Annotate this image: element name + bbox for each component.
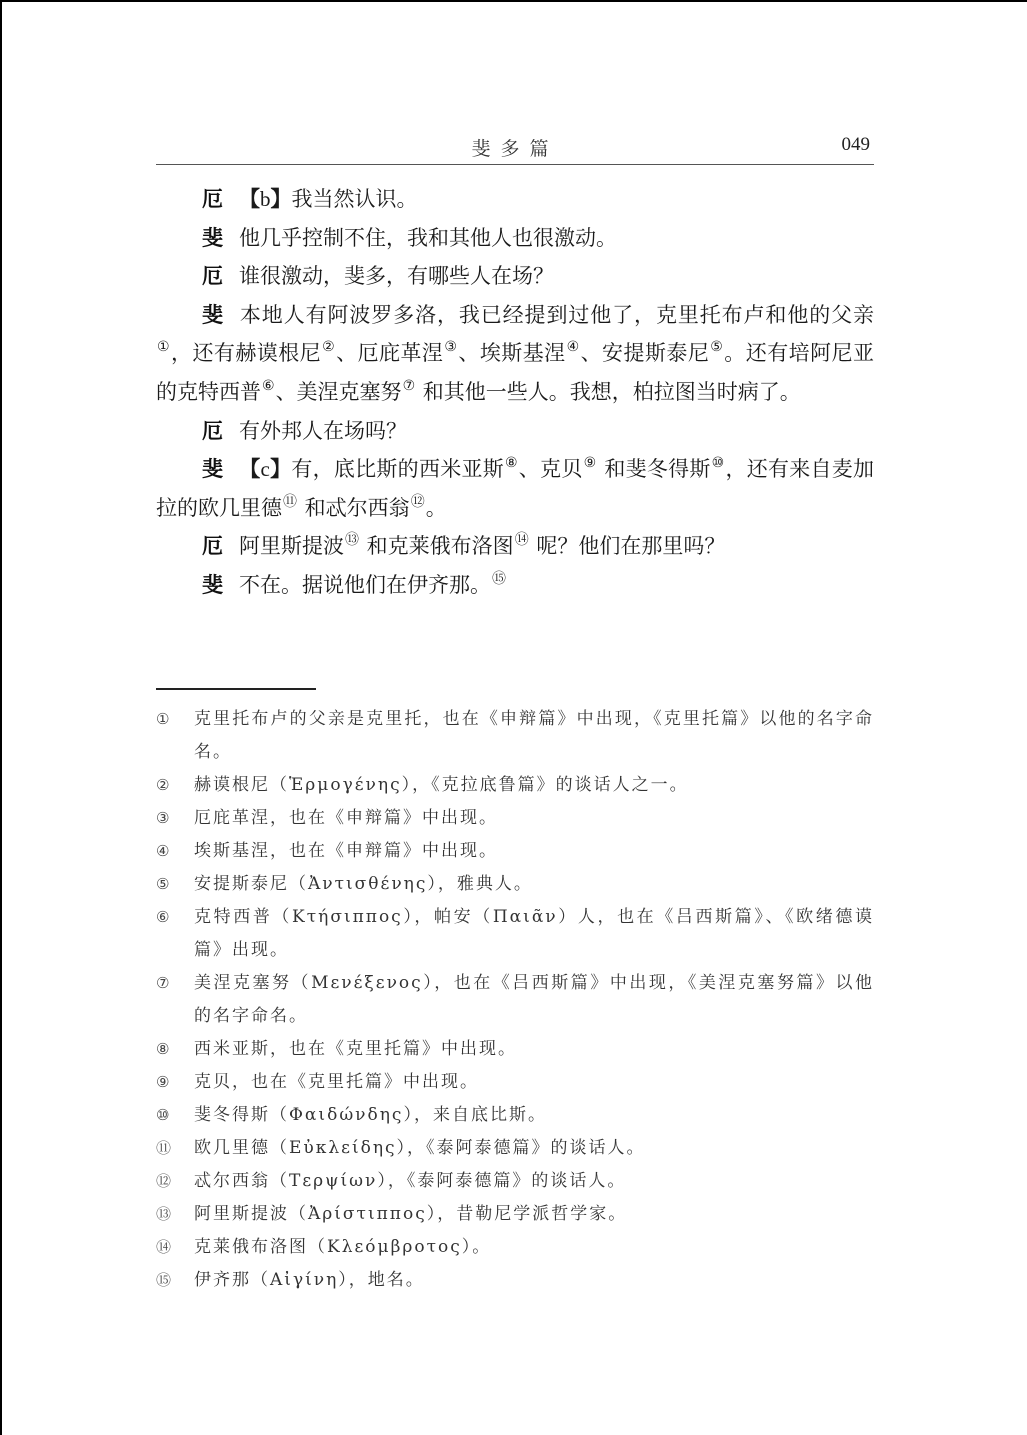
footnote-ref-10[interactable]: ⑩ <box>712 455 725 471</box>
footnote-marker: ① <box>156 703 194 736</box>
line-text: 他几乎控制不住，我和其他人也很激动。 <box>239 226 617 250</box>
line-text: 、美涅克塞努 <box>276 380 402 404</box>
line-text: 有，底比斯的西米亚斯 <box>291 457 504 481</box>
footnote-ref-1[interactable]: ① <box>157 339 170 355</box>
footnote-marker: ⑧ <box>156 1033 194 1066</box>
dialogue-line: 厄谁很激动，斐多，有哪些人在场？ <box>156 257 874 296</box>
line-text: 、安提斯泰尼 <box>581 341 710 365</box>
dialogue-line: 厄有外邦人在场吗？ <box>156 412 874 451</box>
footnote-ref-7[interactable]: ⑦ <box>403 378 416 394</box>
footnote-text: 埃斯基涅，也在《申辩篇》中出现。 <box>194 835 874 868</box>
running-header: 斐多篇 049 <box>156 130 874 165</box>
footnote-item: ③厄庇革涅，也在《申辩篇》中出现。 <box>156 802 874 835</box>
line-text: 和忒尔西翁 <box>298 496 410 520</box>
footnote-item: ⑥克特西普（Κτήσιππος），帕安（Παιᾶν）人，也在《吕西斯篇》、《欧绪… <box>156 901 874 967</box>
line-text: 呢？他们在那里吗？ <box>530 534 726 558</box>
footnote-marker: ④ <box>156 835 194 868</box>
footnote-marker: ⑫ <box>156 1165 194 1198</box>
dialogue-line: 厄阿里斯提波⑬ 和克莱俄布洛图⑭ 呢？他们在那里吗？ <box>156 527 874 566</box>
footnote-marker: ⑭ <box>156 1231 194 1264</box>
footnote-separator <box>156 688 316 690</box>
footnote-ref-11[interactable]: ⑪ <box>283 494 297 510</box>
footnote-ref-13[interactable]: ⑬ <box>345 532 359 548</box>
footnote-marker: ③ <box>156 802 194 835</box>
stephanus-letter: c <box>261 457 270 481</box>
footnote-ref-15[interactable]: ⑮ <box>492 571 506 587</box>
footnote-ref-6[interactable]: ⑥ <box>262 378 275 394</box>
footnote-item: ②赫谟根尼（Ἑρμογένης），《克拉底鲁篇》的谈话人之一。 <box>156 769 874 802</box>
footnote-marker: ⑦ <box>156 967 194 1000</box>
dialogue-line: 斐【c】有，底比斯的西米亚斯⑧、克贝⑨ 和斐冬得斯⑩，还有来自麦加拉的欧几里德⑪… <box>156 450 874 527</box>
footnote-text: 伊齐那（Αἰγίνη），地名。 <box>194 1264 874 1297</box>
speaker-label: 厄 <box>202 187 223 211</box>
footnote-marker: ⑨ <box>156 1066 194 1099</box>
footnote-ref-5[interactable]: ⑤ <box>710 339 723 355</box>
footnote-marker: ② <box>156 769 194 802</box>
line-text: 我当然认识。 <box>292 187 418 211</box>
footnote-item: ⑬阿里斯提波（Ἀρίστιππος），昔勒尼学派哲学家。 <box>156 1198 874 1231</box>
line-text: 阿里斯提波 <box>239 534 344 558</box>
page-number: 049 <box>842 134 871 156</box>
footnote-text: 赫谟根尼（Ἑρμογένης），《克拉底鲁篇》的谈话人之一。 <box>194 769 874 802</box>
footnote-text: 美涅克塞努（Μενέξενος），也在《吕西斯篇》中出现，《美涅克塞努篇》以他的… <box>194 967 874 1033</box>
footnotes-list: ①克里托布卢的父亲是克里托，也在《申辩篇》中出现，《克里托篇》以他的名字命名。 … <box>156 703 874 1297</box>
footnote-ref-2[interactable]: ② <box>322 339 335 355</box>
line-text: ，还有赫谟根尼 <box>171 341 321 365</box>
dialogue-line: 斐不在。据说他们在伊齐那。⑮ <box>156 566 874 605</box>
speaker-label: 斐 <box>202 573 223 597</box>
footnote-marker: ⑤ <box>156 868 194 901</box>
footnote-text: 安提斯泰尼（Ἀντισθένης），雅典人。 <box>194 868 874 901</box>
line-text: 不在。据说他们在伊齐那。 <box>239 573 491 597</box>
footnote-text: 阿里斯提波（Ἀρίστιππος），昔勒尼学派哲学家。 <box>194 1198 874 1231</box>
line-text: 有外邦人在场吗？ <box>239 419 407 443</box>
footnote-item: ⑪欧几里德（Εὐκλείδης），《泰阿泰德篇》的谈话人。 <box>156 1132 874 1165</box>
line-text: 、埃斯基涅 <box>458 341 565 365</box>
line-text: 和斐冬得斯 <box>597 457 710 481</box>
footnote-item: ⑧西米亚斯，也在《克里托篇》中出现。 <box>156 1033 874 1066</box>
speaker-label: 厄 <box>202 419 223 443</box>
stephanus-letter: b <box>260 187 271 211</box>
footnote-text: 斐冬得斯（Φαιδώνδης），来自底比斯。 <box>194 1099 874 1132</box>
footnote-ref-4[interactable]: ④ <box>567 339 580 355</box>
line-text: 本地人有阿波罗多洛，我已经提到过他了，克里托布卢和他的父亲 <box>240 303 874 327</box>
dialogue-body: 厄【b】我当然认识。 斐他几乎控制不住，我和其他人也很激动。 厄谁很激动，斐多，… <box>156 180 874 605</box>
line-text: 和克莱俄布洛图 <box>360 534 514 558</box>
speaker-label: 斐 <box>202 303 224 327</box>
footnote-ref-14[interactable]: ⑭ <box>515 532 529 548</box>
speaker-label: 厄 <box>202 264 223 288</box>
footnote-text: 克莱俄布洛图（Κλεόμβροτος）。 <box>194 1231 874 1264</box>
footnote-ref-8[interactable]: ⑧ <box>505 455 518 471</box>
page-frame-left-border <box>0 0 2 1435</box>
speaker-label: 斐 <box>202 457 223 481</box>
footnote-marker: ⑬ <box>156 1198 194 1231</box>
footnote-item: ⑩斐冬得斯（Φαιδώνδης），来自底比斯。 <box>156 1099 874 1132</box>
footnote-marker: ⑩ <box>156 1099 194 1132</box>
footnote-item: ①克里托布卢的父亲是克里托，也在《申辩篇》中出现，《克里托篇》以他的名字命名。 <box>156 703 874 769</box>
footnote-text: 西米亚斯，也在《克里托篇》中出现。 <box>194 1033 874 1066</box>
footnote-item: ⑨克贝，也在《克里托篇》中出现。 <box>156 1066 874 1099</box>
speaker-label: 斐 <box>202 226 223 250</box>
footnote-text: 厄庇革涅，也在《申辩篇》中出现。 <box>194 802 874 835</box>
footnote-item: ⑮伊齐那（Αἰγίνη），地名。 <box>156 1264 874 1297</box>
dialogue-line: 斐他几乎控制不住，我和其他人也很激动。 <box>156 219 874 258</box>
stephanus-marker: 【c】 <box>239 457 291 481</box>
line-text: 。 <box>426 496 447 520</box>
footnote-ref-3[interactable]: ③ <box>444 339 457 355</box>
footnote-item: ⑫忒尔西翁（Τερψίων），《泰阿泰德篇》的谈话人。 <box>156 1165 874 1198</box>
footnote-text: 克贝，也在《克里托篇》中出现。 <box>194 1066 874 1099</box>
line-text: 谁很激动，斐多，有哪些人在场？ <box>239 264 554 288</box>
running-title: 斐多篇 <box>156 134 874 161</box>
dialogue-line: 厄【b】我当然认识。 <box>156 180 874 219</box>
dialogue-line: 斐本地人有阿波罗多洛，我已经提到过他了，克里托布卢和他的父亲①，还有赫谟根尼②、… <box>156 296 874 412</box>
footnote-text: 忒尔西翁（Τερψίων），《泰阿泰德篇》的谈话人。 <box>194 1165 874 1198</box>
footnote-item: ⑤安提斯泰尼（Ἀντισθένης），雅典人。 <box>156 868 874 901</box>
footnote-marker: ⑥ <box>156 901 194 934</box>
line-text: 和其他一些人。我想，柏拉图当时病了。 <box>416 380 801 404</box>
footnote-text: 克里托布卢的父亲是克里托，也在《申辩篇》中出现，《克里托篇》以他的名字命名。 <box>194 703 874 769</box>
footnote-item: ⑦美涅克塞努（Μενέξενος），也在《吕西斯篇》中出现，《美涅克塞努篇》以他… <box>156 967 874 1033</box>
stephanus-marker: 【b】 <box>239 187 292 211</box>
footnote-marker: ⑪ <box>156 1132 194 1165</box>
footnote-item: ④埃斯基涅，也在《申辩篇》中出现。 <box>156 835 874 868</box>
page-frame-top-border <box>0 0 1027 2</box>
footnote-marker: ⑮ <box>156 1264 194 1297</box>
footnote-item: ⑭克莱俄布洛图（Κλεόμβροτος）。 <box>156 1231 874 1264</box>
line-text: 、厄庇革涅 <box>336 341 443 365</box>
speaker-label: 厄 <box>202 534 223 558</box>
footnote-text: 欧几里德（Εὐκλείδης），《泰阿泰德篇》的谈话人。 <box>194 1132 874 1165</box>
footnote-ref-12[interactable]: ⑫ <box>411 494 425 510</box>
footnote-ref-9[interactable]: ⑨ <box>584 455 597 471</box>
line-text: 、克贝 <box>519 457 583 481</box>
footnote-text: 克特西普（Κτήσιππος），帕安（Παιᾶν）人，也在《吕西斯篇》、《欧绪德… <box>194 901 874 967</box>
